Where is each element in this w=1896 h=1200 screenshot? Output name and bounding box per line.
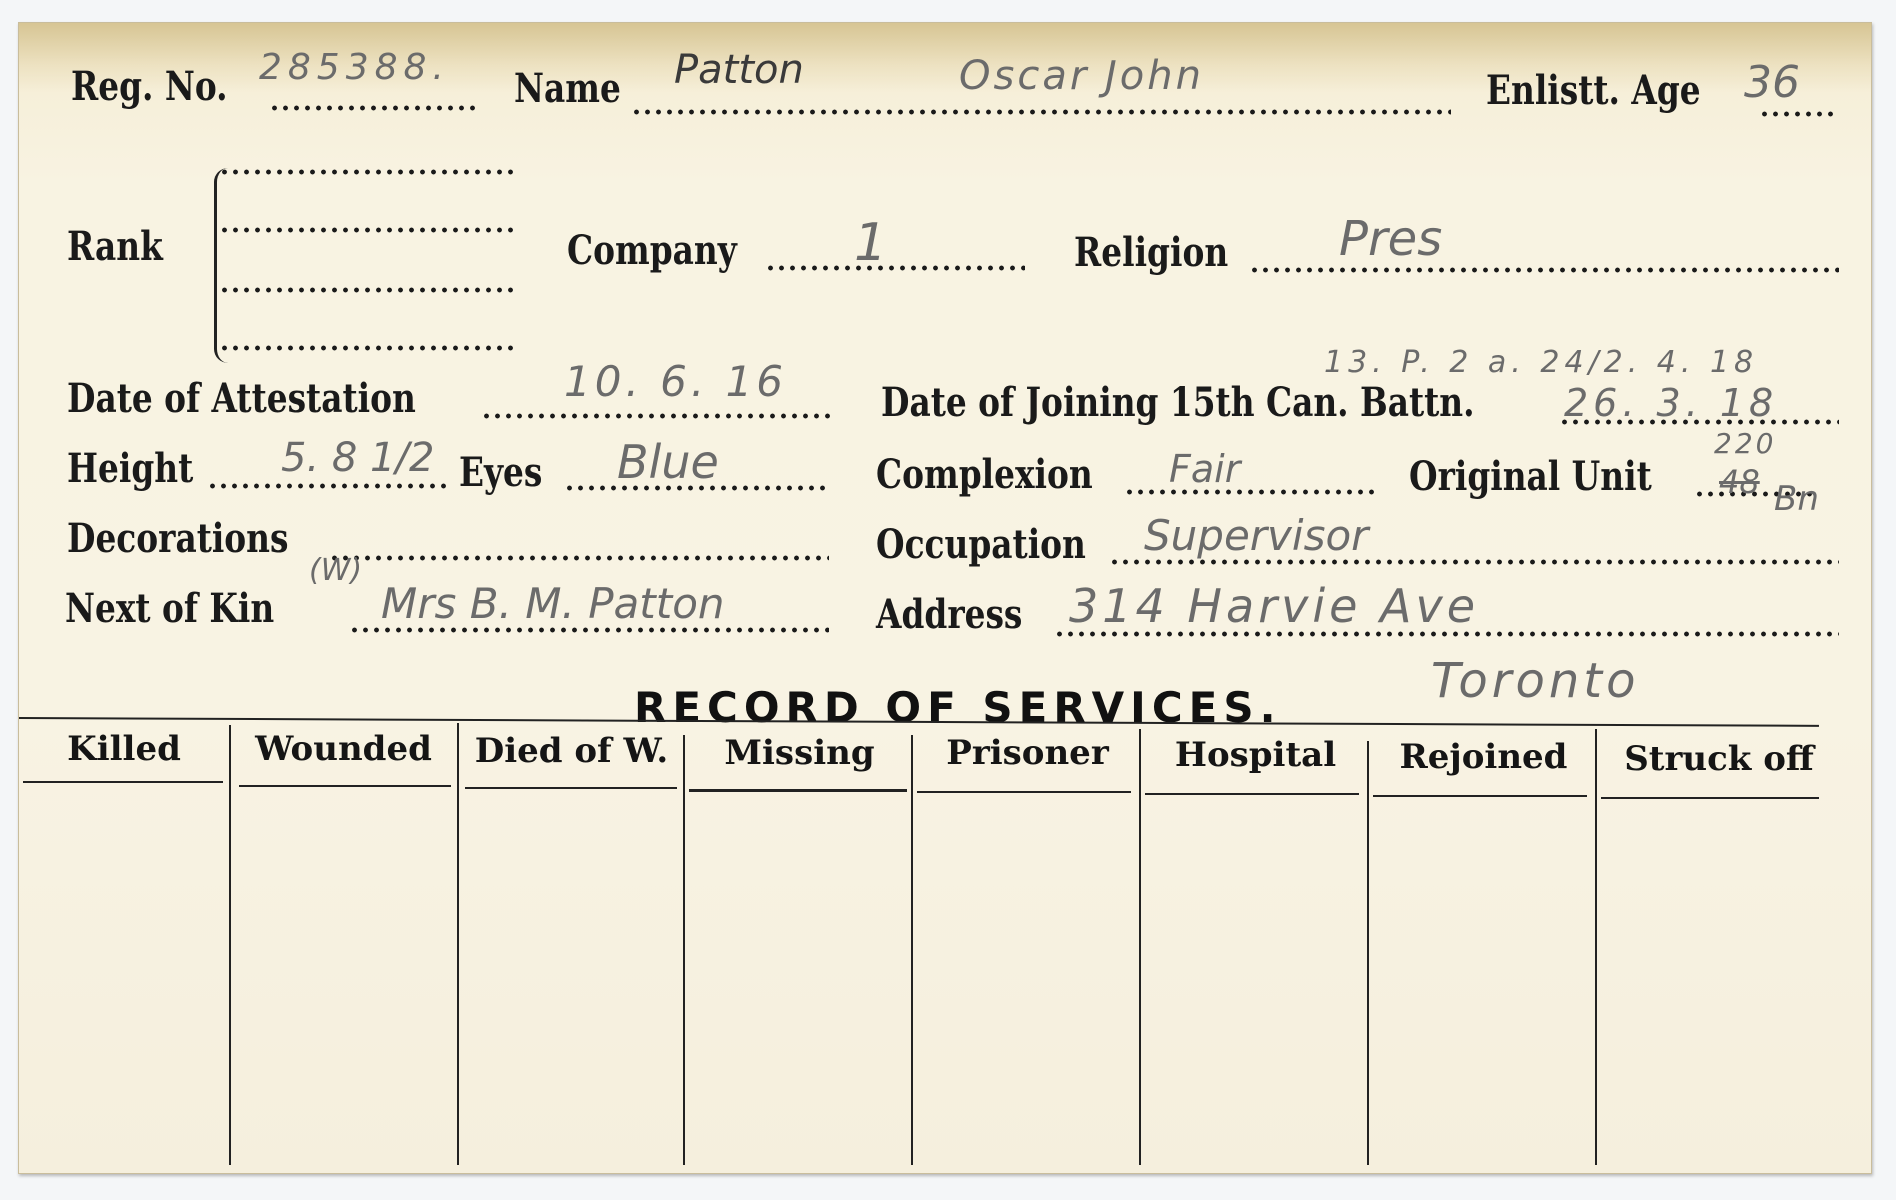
col-divider (1139, 729, 1141, 1165)
age-line (1759, 111, 1839, 117)
occupation-value: Supervisor (1144, 511, 1368, 560)
age-value: 36 (1744, 57, 1800, 108)
col-underline (917, 791, 1131, 793)
col-divider (683, 735, 685, 1165)
col-prisoner: Prisoner (915, 733, 1140, 773)
company-label: Company (567, 227, 737, 274)
religion-value: Pres (1339, 211, 1442, 267)
col-divider (457, 723, 459, 1165)
reg-no-line (269, 105, 479, 111)
original-unit-extra: Bn (1774, 479, 1819, 519)
address-value: 314 Harvie Ave (1069, 579, 1479, 633)
rank-line-4 (219, 345, 519, 351)
service-record-card: Reg. No. 285388. Name Patton Oscar John … (18, 22, 1872, 1174)
col-underline (23, 781, 223, 783)
height-value: 5. 8 1/2 (281, 435, 434, 481)
reg-no-value: 285388. (259, 47, 450, 88)
col-missing: Missing (687, 733, 912, 773)
original-unit-label: Original Unit (1409, 453, 1652, 500)
joining-note: 13. P. 2 a. 24/2. 4. 18 (1324, 345, 1758, 380)
name-label: Name (514, 65, 621, 112)
original-unit-struck-value: 48 (1719, 463, 1760, 501)
complexion-label: Complexion (876, 451, 1093, 498)
address-city: Toronto (1431, 653, 1639, 709)
rank-line-1 (219, 169, 519, 175)
col-killed: Killed (19, 729, 229, 769)
col-wounded: Wounded (231, 729, 456, 769)
next-of-kin-prefix: (W) (309, 553, 362, 588)
col-divider (229, 725, 231, 1165)
decorations-label: Decorations (67, 515, 289, 562)
attestation-line (481, 413, 831, 419)
rank-line-2 (219, 227, 519, 233)
religion-line (1249, 267, 1839, 273)
col-divider (1595, 729, 1597, 1165)
next-of-kin-label: Next of Kin (65, 585, 274, 632)
address-label: Address (876, 591, 1022, 638)
name-surname: Patton (674, 47, 804, 93)
rank-brace (214, 168, 231, 363)
original-unit-value: 220 (1714, 427, 1776, 460)
col-hospital: Hospital (1143, 735, 1368, 775)
col-underline (465, 787, 677, 789)
col-underline (1373, 795, 1587, 797)
next-of-kin-value: Mrs B. M. Patton (381, 579, 725, 628)
complexion-line (1124, 489, 1374, 495)
col-struck-off: Struck off (1599, 739, 1839, 779)
complexion-value: Fair (1169, 447, 1240, 491)
col-underline (1145, 793, 1359, 795)
reg-no-label: Reg. No. (71, 63, 228, 110)
col-rejoined: Rejoined (1371, 737, 1596, 777)
decorations-line (329, 555, 829, 561)
religion-label: Religion (1074, 229, 1228, 276)
attestation-value: 10. 6. 16 (564, 357, 787, 406)
company-line (765, 265, 1025, 271)
col-underline (1601, 797, 1819, 799)
age-label: Enlistt. Age (1486, 67, 1701, 114)
col-died-of-wounds: Died of W. (459, 731, 684, 771)
rank-line-3 (219, 287, 519, 293)
height-line (207, 483, 447, 489)
name-given: Oscar John (959, 53, 1204, 99)
name-line (631, 109, 1451, 115)
eyes-value: Blue (617, 435, 719, 489)
record-title: RECORD OF SERVICES. (634, 683, 1282, 732)
joining-value: 26. 3. 18 (1564, 381, 1778, 425)
height-label: Height (67, 445, 193, 492)
col-divider (911, 735, 913, 1165)
occupation-label: Occupation (876, 521, 1086, 568)
company-value: 1 (854, 213, 887, 273)
joining-label: Date of Joining 15th Can. Battn. (881, 379, 1475, 426)
col-underline (689, 789, 907, 792)
col-divider (1367, 741, 1369, 1165)
attestation-label: Date of Attestation (67, 375, 416, 422)
col-underline (239, 785, 451, 787)
rank-label: Rank (67, 223, 163, 270)
eyes-label: Eyes (459, 449, 542, 496)
